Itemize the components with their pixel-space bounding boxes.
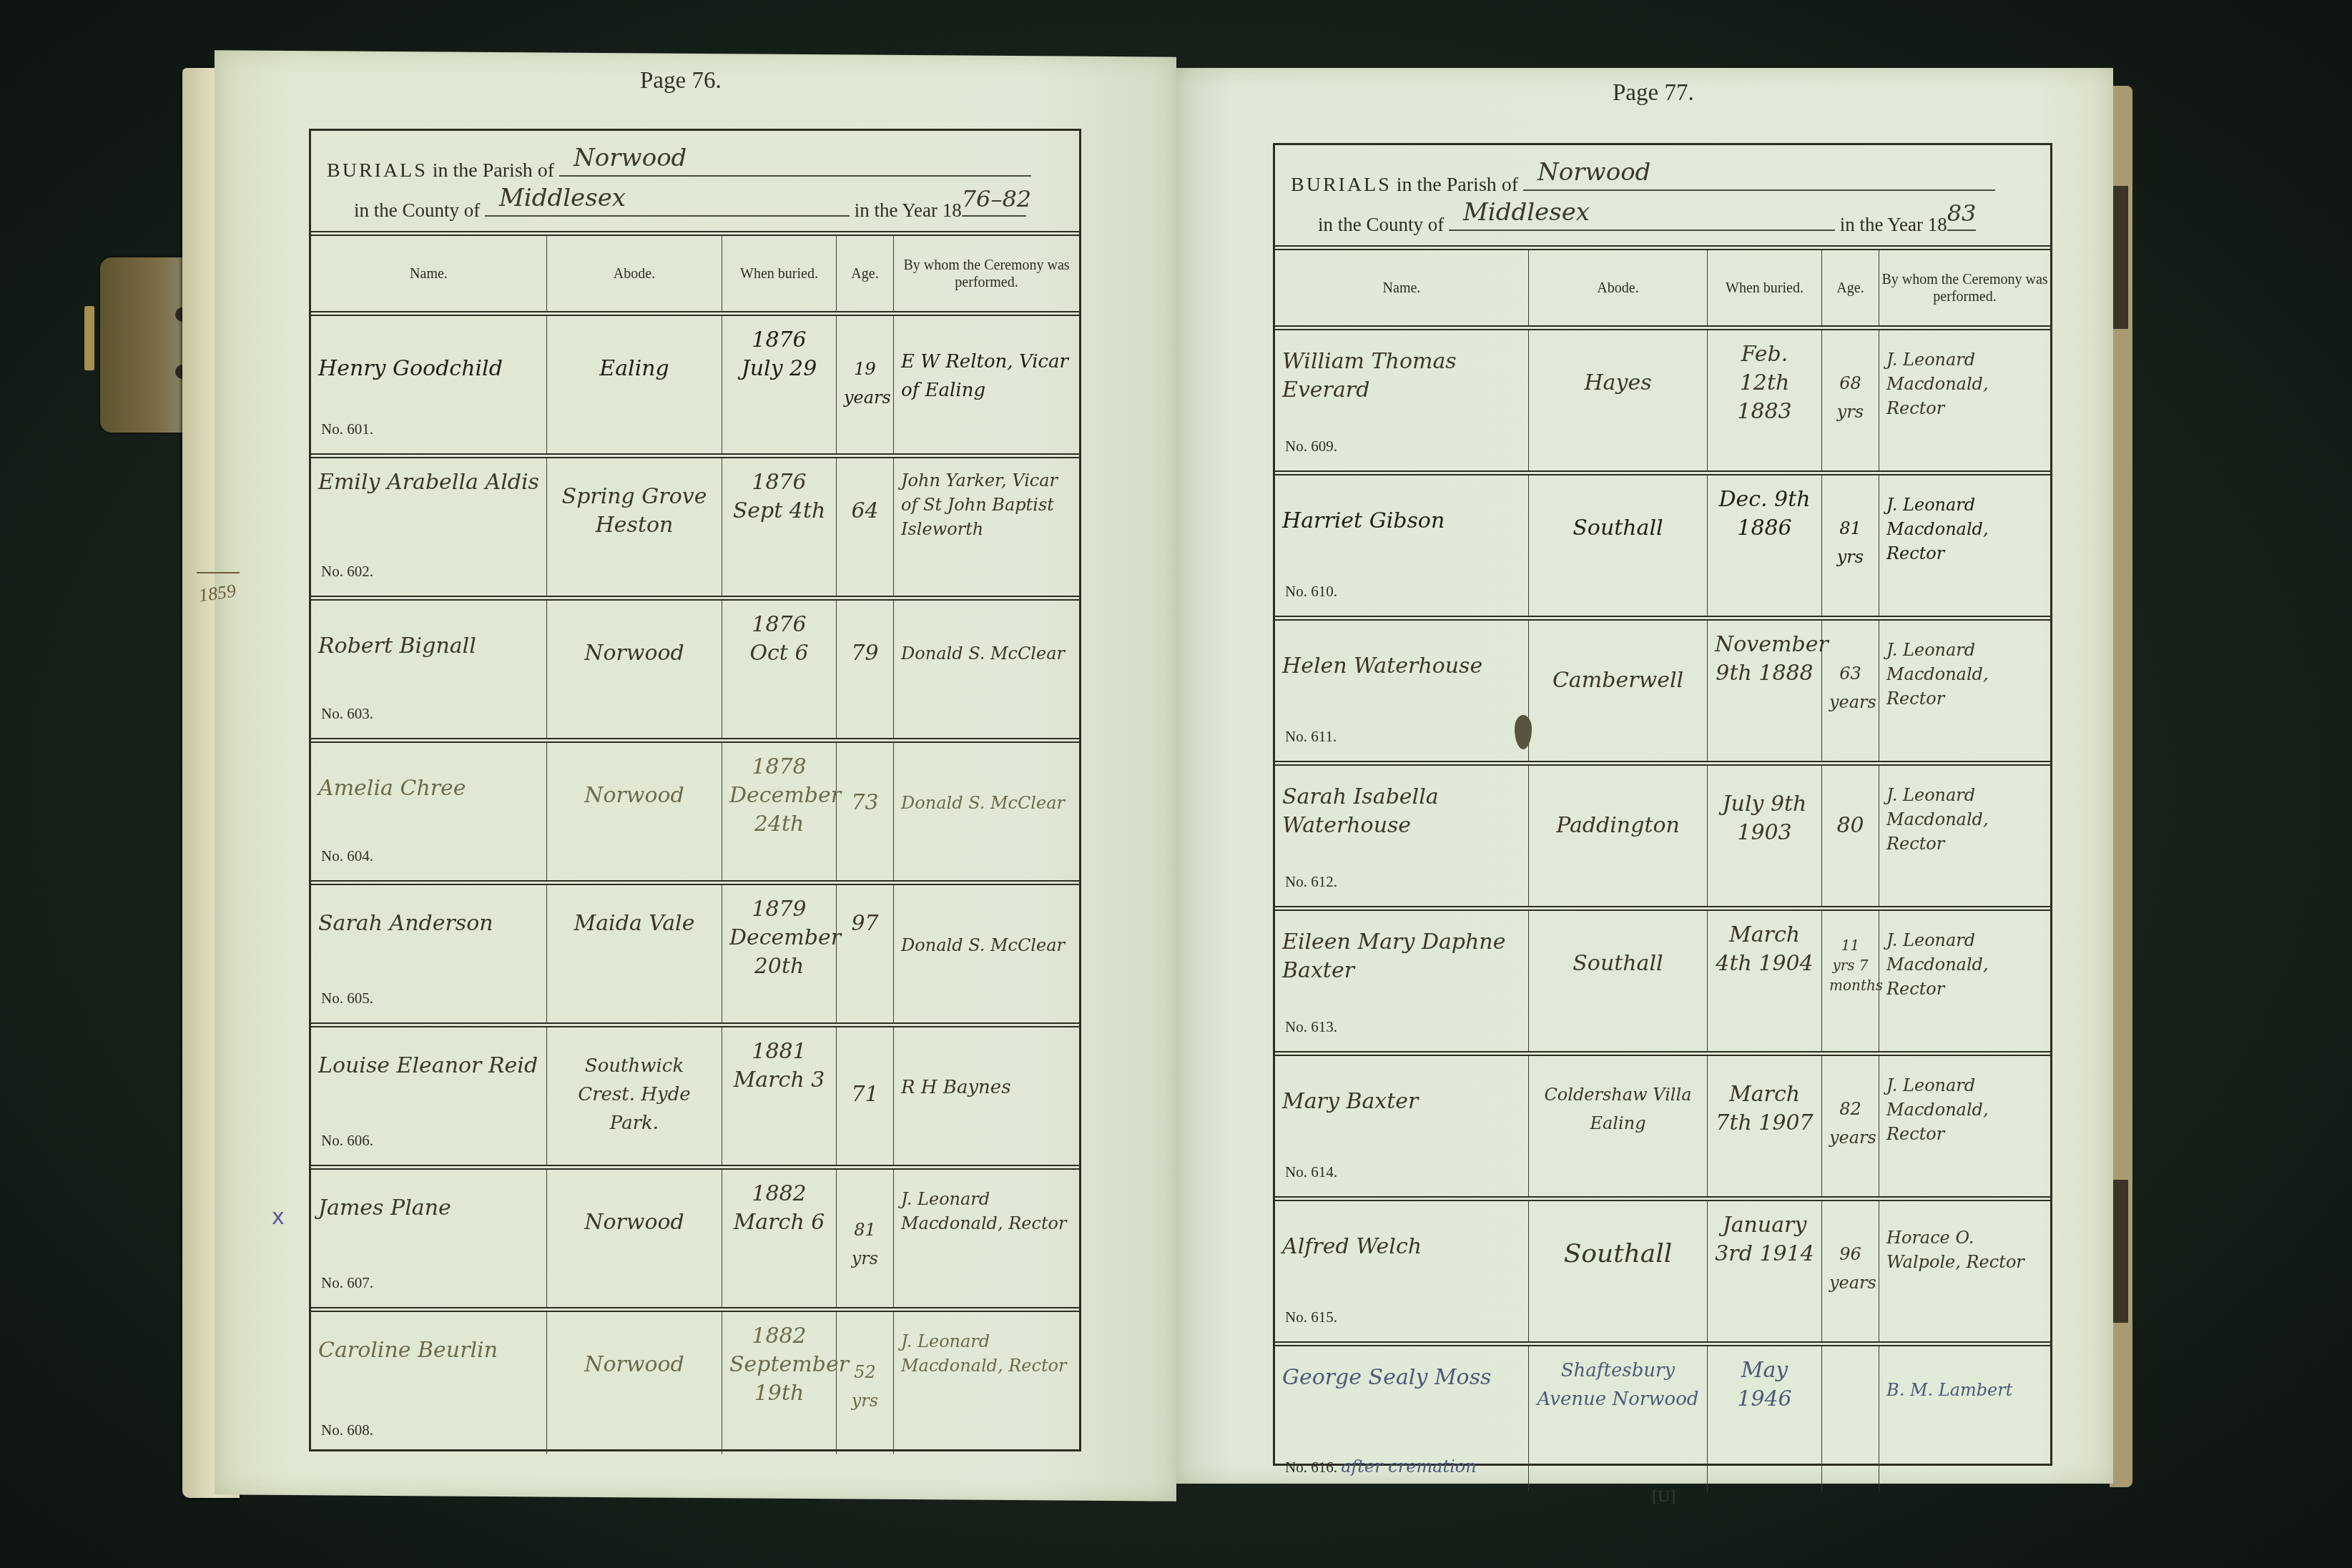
entry-officiant: Horace O. Walpole, Rector	[1879, 1201, 2050, 1341]
entry-when-buried: 1879 December 20th	[722, 885, 837, 1022]
column-header-abode: Abode.	[547, 236, 722, 311]
county-value: Middlesex	[499, 184, 626, 212]
entry-row: Alfred WelchNo. 615. Southall January 3r…	[1275, 1201, 2050, 1346]
entry-age: 80	[1822, 766, 1879, 906]
column-header-officiant: By whom the Ceremony was performed.	[1879, 250, 2050, 325]
year-field: 76–82	[962, 194, 1026, 217]
burial-register-table: BURIALS in the Parish of Norwood in the …	[309, 129, 1081, 1451]
entry-name-cell: Henry GoodchildNo. 601.	[311, 316, 547, 453]
entry-row: Helen WaterhouseNo. 611. Camberwell Nove…	[1275, 621, 2050, 766]
entry-name: Alfred Welch	[1282, 1233, 1521, 1261]
entry-abode: Coldershaw Villa Ealing	[1529, 1056, 1708, 1196]
entry-abode: Southall	[1529, 911, 1708, 1051]
entry-officiant: J. Leonard Macdonald, Rector	[894, 1312, 1079, 1454]
entry-name-cell: Louise Eleanor ReidNo. 606.	[311, 1027, 547, 1165]
entry-officiant: B. M. Lambert	[1879, 1346, 2050, 1491]
entry-officiant: J. Leonard Macdonald, Rector	[1879, 766, 2050, 906]
parish-line: BURIALS in the Parish of Norwood	[327, 154, 1031, 182]
entry-number: No. 604.	[321, 842, 373, 870]
entry-when-buried: March 7th 1907	[1708, 1056, 1822, 1196]
entry-age: 73	[837, 743, 894, 880]
entry-name-cell: Mary BaxterNo. 614.	[1275, 1056, 1529, 1196]
county-field: Middlesex	[485, 194, 850, 217]
entry-number: No. 601.	[321, 415, 373, 443]
parish-label: in the Parish of	[1397, 174, 1518, 196]
column-headers: Name. Abode. When buried. Age. By whom t…	[311, 236, 1079, 316]
entry-age: 68 yrs	[1822, 330, 1879, 470]
entry-officiant: J. Leonard Macdonald, Rector	[1879, 330, 2050, 470]
register-header: BURIALS in the Parish of Norwood in the …	[311, 131, 1079, 236]
entry-abode: Paddington	[1529, 766, 1708, 906]
entry-age: 11 yrs 7 months	[1822, 911, 1879, 1051]
entry-rows: Henry GoodchildNo. 601. Ealing 1876 July…	[311, 316, 1079, 1454]
entry-number: No. 613.	[1285, 1012, 1337, 1041]
entry-abode: Norwood	[547, 601, 722, 738]
entry-when-buried: November 9th 1888	[1708, 621, 1822, 761]
entry-row: Harriet GibsonNo. 610. Southall Dec. 9th…	[1275, 475, 2050, 621]
entry-name-cell: Eileen Mary Daphne BaxterNo. 613.	[1275, 911, 1529, 1051]
entry-name-cell: Harriet GibsonNo. 610.	[1275, 475, 1529, 616]
entry-when-buried: 1876 Oct 6	[722, 601, 837, 738]
book-clasp	[100, 257, 193, 433]
column-header-officiant: By whom the Ceremony was performed.	[894, 236, 1079, 311]
entry-row: Sarah AndersonNo. 605. Maida Vale 1879 D…	[311, 885, 1079, 1027]
clasp-bar	[84, 306, 94, 370]
column-header-age: Age.	[1822, 250, 1879, 325]
entry-abode: Norwood	[547, 1170, 722, 1307]
parish-value: Norwood	[574, 144, 687, 172]
entry-number: No. 606.	[321, 1126, 373, 1155]
column-header-when-buried: When buried.	[722, 236, 837, 311]
entry-abode: Spring Grove Heston	[547, 458, 722, 596]
entry-row: Eileen Mary Daphne BaxterNo. 613. Southa…	[1275, 911, 2050, 1056]
entry-age	[1822, 1346, 1879, 1491]
entry-age: 96 years	[1822, 1201, 1879, 1341]
entry-name: Eileen Mary Daphne Baxter	[1282, 928, 1521, 985]
entry-name-cell: Sarah AndersonNo. 605.	[311, 885, 547, 1022]
entry-when-buried: 1878 December 24th	[722, 743, 837, 880]
entry-row: Emily Arabella AldisNo. 602. Spring Grov…	[311, 458, 1079, 601]
entry-name-cell: Emily Arabella AldisNo. 602.	[311, 458, 547, 596]
column-header-abode: Abode.	[1529, 250, 1708, 325]
entry-name: Harriet Gibson	[1282, 507, 1521, 536]
entry-officiant: E W Relton, Vicar of Ealing	[894, 316, 1079, 453]
year-field: 83	[1947, 208, 1976, 231]
entry-when-buried: Feb. 12th 1883	[1708, 330, 1822, 470]
county-field: Middlesex	[1449, 208, 1835, 231]
entry-abode: Ealing	[547, 316, 722, 453]
entry-row: Amelia ChreeNo. 604. Norwood 1878 Decemb…	[311, 743, 1079, 885]
entry-abode: Southwick Crest. Hyde Park.	[547, 1027, 722, 1165]
signature-mark: [U]	[1652, 1487, 1676, 1507]
entry-age: 71	[837, 1027, 894, 1165]
entry-abode: Southall	[1529, 1201, 1708, 1341]
entry-abode: Shaftesbury Avenue Norwood	[1529, 1346, 1708, 1491]
entry-abode: Hayes	[1529, 330, 1708, 470]
entry-name: William Thomas Everard	[1282, 347, 1521, 405]
entry-number: No. 616. after cremation	[1285, 1452, 1477, 1481]
burials-label: BURIALS	[327, 159, 428, 182]
entry-age: 81 yrs	[1822, 475, 1879, 616]
entry-age: 19 years	[837, 316, 894, 453]
entry-age: 63 years	[1822, 621, 1879, 761]
entry-officiant: John Yarker, Vicar of St John Baptist Is…	[894, 458, 1079, 596]
county-line: in the County of Middlesex in the Year 1…	[354, 194, 1026, 222]
column-header-name: Name.	[311, 236, 547, 311]
entry-when-buried: Dec. 9th 1886	[1708, 475, 1822, 616]
year-label: in the Year 18	[1840, 214, 1947, 235]
entry-abode: Norwood	[547, 1312, 722, 1454]
cover-band	[2112, 186, 2128, 329]
entry-when-buried: 1882 September 19th	[722, 1312, 837, 1454]
entry-when-buried: 1881 March 3	[722, 1027, 837, 1165]
entry-officiant: J. Leonard Macdonald, Rector	[1879, 621, 2050, 761]
parish-label: in the Parish of	[433, 159, 554, 182]
entry-row: Henry GoodchildNo. 601. Ealing 1876 July…	[311, 316, 1079, 458]
entry-name: Robert Bignall	[318, 632, 539, 661]
entry-officiant: J. Leonard Macdonald, Rector	[894, 1170, 1079, 1307]
entry-name-cell: George Sealy MossNo. 616. after crematio…	[1275, 1346, 1529, 1491]
entry-number: No. 610.	[1285, 577, 1337, 606]
entry-officiant: Donald S. McClear	[894, 885, 1079, 1022]
entry-name-cell: Robert BignallNo. 603.	[311, 601, 547, 738]
entry-row: Robert BignallNo. 603. Norwood 1876 Oct …	[311, 601, 1079, 743]
entry-abode: Southall	[1529, 475, 1708, 616]
entry-name-cell: Amelia ChreeNo. 604.	[311, 743, 547, 880]
entry-name-cell: Caroline BeurlinNo. 608.	[311, 1312, 547, 1454]
county-value: Middlesex	[1463, 198, 1590, 227]
entry-name-cell: Sarah Isabella WaterhouseNo. 612.	[1275, 766, 1529, 906]
entry-name: Louise Eleanor Reid	[318, 1052, 539, 1080]
column-header-name: Name.	[1275, 250, 1529, 325]
margin-rule	[197, 572, 240, 573]
parish-field: Norwood	[559, 154, 1031, 177]
entry-age: 97	[837, 885, 894, 1022]
entry-name: Mary Baxter	[1282, 1088, 1521, 1116]
entry-when-buried: March 4th 1904	[1708, 911, 1822, 1051]
entry-officiant: J. Leonard Macdonald, Rector	[1879, 475, 2050, 616]
county-line: in the County of Middlesex in the Year 1…	[1318, 208, 1976, 236]
entry-abode: Maida Vale	[547, 885, 722, 1022]
column-header-when-buried: When buried.	[1708, 250, 1822, 325]
entry-name: Helen Waterhouse	[1282, 652, 1521, 681]
page-number: Page 77.	[1613, 80, 1694, 107]
parish-field: Norwood	[1523, 168, 1995, 191]
entry-officiant: J. Leonard Macdonald, Rector	[1879, 911, 2050, 1051]
entry-name: Amelia Chree	[318, 774, 539, 803]
entry-number: No. 603.	[321, 699, 373, 728]
entry-when-buried: 1876 Sept 4th	[722, 458, 837, 596]
cover-band	[2112, 1180, 2128, 1323]
entry-name: Henry Goodchild	[318, 355, 539, 383]
county-label: in the County of	[1318, 214, 1444, 235]
entry-row: James PlaneNo. 607. Norwood 1882 March 6…	[311, 1170, 1079, 1312]
entry-when-buried: 1882 March 6	[722, 1170, 837, 1307]
entry-when-buried: July 9th 1903	[1708, 766, 1822, 906]
entry-name-cell: Alfred WelchNo. 615.	[1275, 1201, 1529, 1341]
entry-officiant: R H Baynes	[894, 1027, 1079, 1165]
year-label: in the Year 18	[855, 199, 962, 221]
entry-row: William Thomas EverardNo. 609. Hayes Feb…	[1275, 330, 2050, 475]
register-header: BURIALS in the Parish of Norwood in the …	[1275, 145, 2050, 250]
entry-age: 81 yrs	[837, 1170, 894, 1307]
entry-name: Caroline Beurlin	[318, 1336, 539, 1365]
entry-age: 79	[837, 601, 894, 738]
entry-name-cell: William Thomas EverardNo. 609.	[1275, 330, 1529, 470]
entry-when-buried: 1876 July 29	[722, 316, 837, 453]
entry-age: 52 yrs	[837, 1312, 894, 1454]
entry-row: Louise Eleanor ReidNo. 606. Southwick Cr…	[311, 1027, 1079, 1170]
entry-officiant: Donald S. McClear	[894, 743, 1079, 880]
entry-officiant: Donald S. McClear	[894, 601, 1079, 738]
entry-name-cell: James PlaneNo. 607.	[311, 1170, 547, 1307]
entry-number: No. 605.	[321, 984, 373, 1012]
parish-value: Norwood	[1537, 158, 1650, 187]
entry-row: Mary BaxterNo. 614. Coldershaw Villa Eal…	[1275, 1056, 2050, 1201]
entry-row: Caroline BeurlinNo. 608. Norwood 1882 Se…	[311, 1312, 1079, 1454]
county-label: in the County of	[354, 199, 480, 221]
column-headers: Name. Abode. When buried. Age. By whom t…	[1275, 250, 2050, 330]
entry-row: Sarah Isabella WaterhouseNo. 612. Paddin…	[1275, 766, 2050, 911]
margin-x-mark: x	[272, 1205, 285, 1230]
entry-number: No. 615.	[1285, 1303, 1337, 1331]
year-value: 76–82	[962, 185, 1031, 212]
entry-name-cell: Helen WaterhouseNo. 611.	[1275, 621, 1529, 761]
page-number: Page 76.	[640, 68, 722, 94]
entry-rows: William Thomas EverardNo. 609. Hayes Feb…	[1275, 330, 2050, 1491]
parish-line: BURIALS in the Parish of Norwood	[1291, 168, 1995, 197]
entry-name: Emily Arabella Aldis	[318, 468, 539, 497]
entry-officiant: J. Leonard Macdonald, Rector	[1879, 1056, 2050, 1196]
entry-abode: Norwood	[547, 743, 722, 880]
entry-row: George Sealy MossNo. 616. after crematio…	[1275, 1346, 2050, 1491]
burials-label: BURIALS	[1291, 174, 1392, 196]
entry-number: No. 602.	[321, 557, 373, 586]
entry-number: No. 607.	[321, 1268, 373, 1297]
entry-name: Sarah Isabella Waterhouse	[1282, 783, 1521, 840]
entry-age: 64	[837, 458, 894, 596]
entry-name: George Sealy Moss	[1282, 1364, 1521, 1392]
entry-number: No. 611.	[1285, 722, 1337, 751]
entry-number: No. 614.	[1285, 1158, 1337, 1186]
entry-when-buried: May 1946	[1708, 1346, 1822, 1491]
entry-number: No. 609.	[1285, 432, 1337, 460]
column-header-age: Age.	[837, 236, 894, 311]
entry-age: 82 years	[1822, 1056, 1879, 1196]
entry-when-buried: January 3rd 1914	[1708, 1201, 1822, 1341]
entry-abode: Camberwell	[1529, 621, 1708, 761]
entry-number: No. 608.	[321, 1416, 373, 1444]
entry-name: Sarah Anderson	[318, 909, 539, 938]
burial-register-table: BURIALS in the Parish of Norwood in the …	[1273, 143, 2052, 1466]
entry-number: No. 612.	[1285, 867, 1337, 896]
year-value: 83	[1947, 199, 1977, 227]
entry-name: James Plane	[318, 1194, 539, 1223]
entry-note: after cremation	[1341, 1456, 1477, 1476]
